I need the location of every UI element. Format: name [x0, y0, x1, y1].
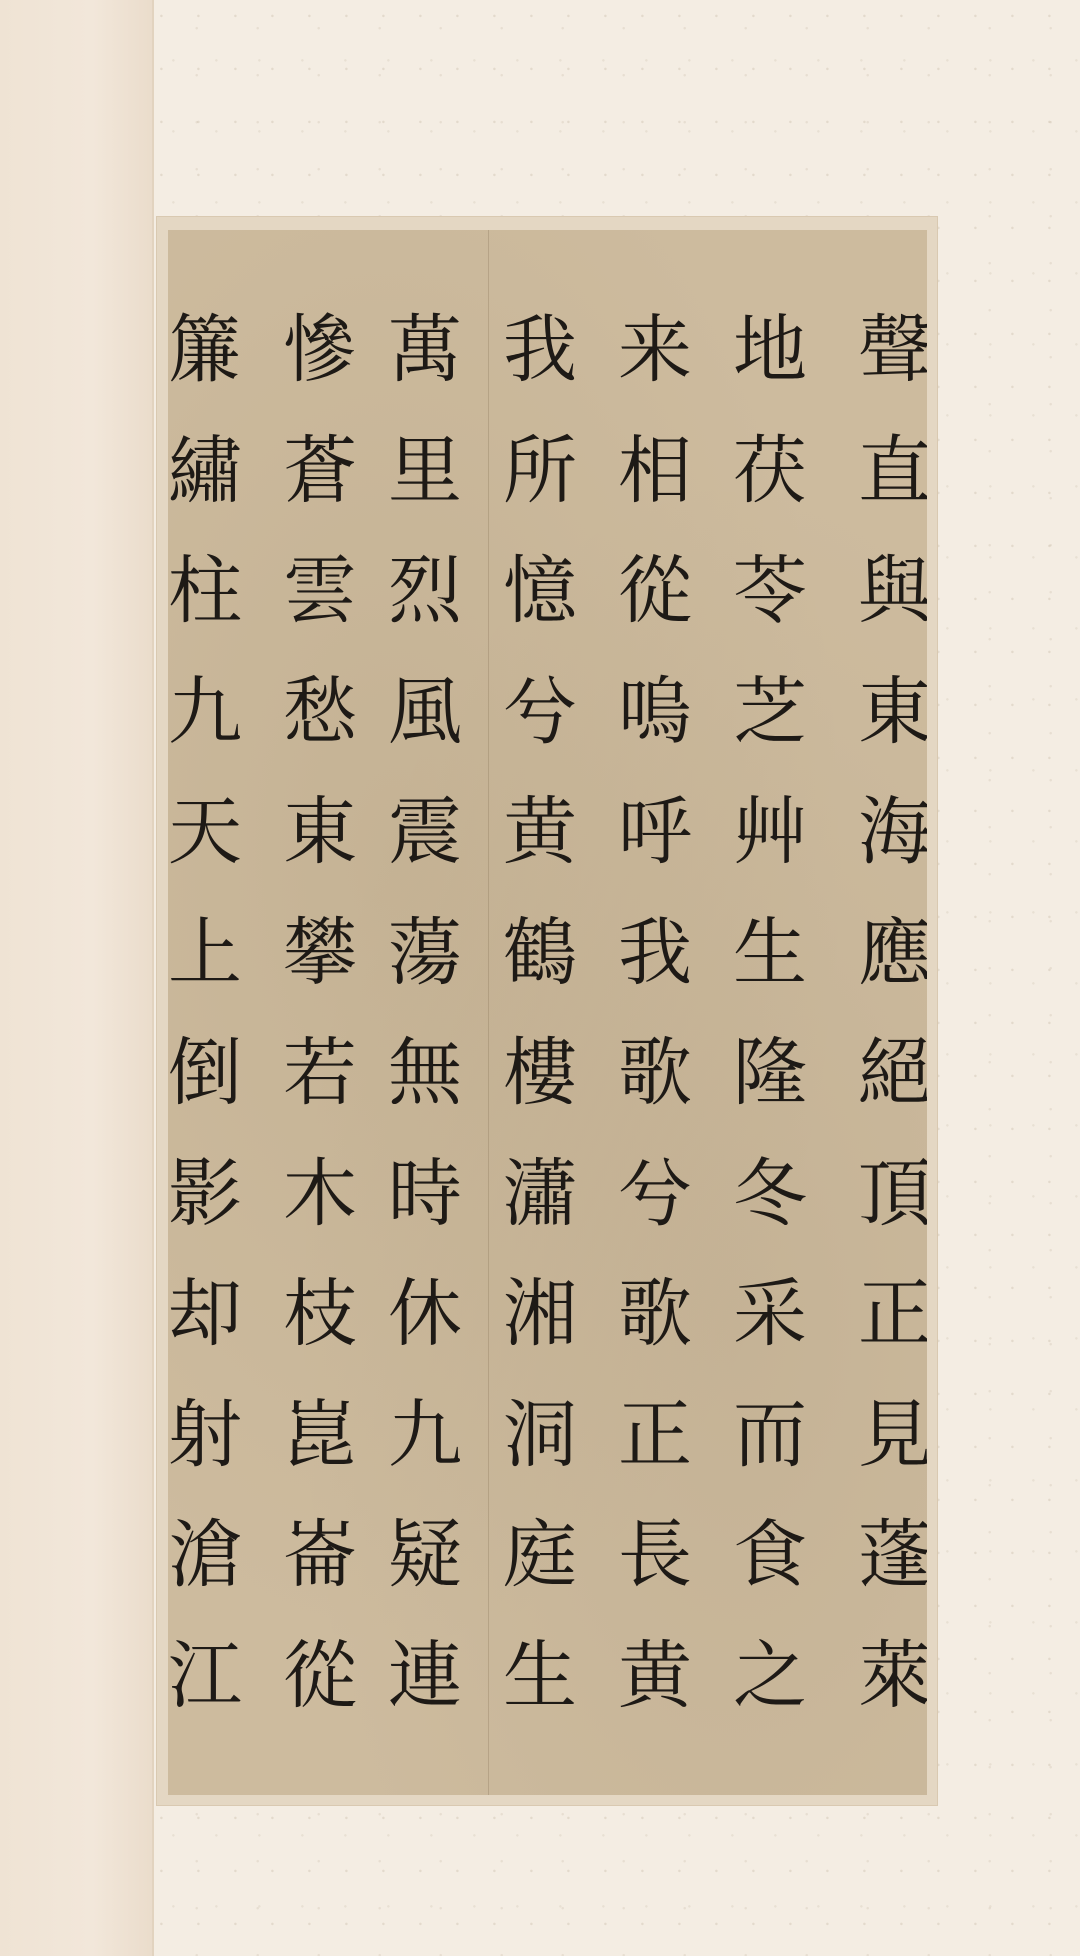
calligraphy-character: 呼: [600, 772, 710, 893]
calligraphy-character: 瀟: [485, 1134, 595, 1255]
calligraphy-character: 上: [168, 893, 260, 1014]
calligraphy-character: 茯: [715, 411, 825, 532]
calligraphy-character: 無: [370, 1013, 480, 1134]
calligraphy-character: 兮: [600, 1134, 710, 1255]
calligraphy-character: 蕩: [370, 893, 480, 1014]
calligraphy-character: 從: [600, 531, 710, 652]
calligraphy-character: 兮: [485, 652, 595, 773]
calligraphy-character: 里: [370, 411, 480, 532]
calligraphy-character: 與: [840, 531, 927, 652]
calligraphy-character: 長: [600, 1495, 710, 1616]
calligraphy-character: 愁: [265, 652, 375, 773]
calligraphy-character: 東: [840, 652, 927, 773]
calligraphy-character: 正: [600, 1375, 710, 1496]
calligraphy-character: 慘: [265, 290, 375, 411]
calligraphy-character: 嗚: [600, 652, 710, 773]
calligraphy-character: 休: [370, 1254, 480, 1375]
calligraphy-character: 海: [840, 772, 927, 893]
calligraphy-character: 震: [370, 772, 480, 893]
calligraphy-character: 黄: [600, 1616, 710, 1737]
calligraphy-character: 聲: [840, 290, 927, 411]
calligraphy-character: 却: [168, 1254, 260, 1375]
calligraphy-character: 蒼: [265, 411, 375, 532]
calligraphy-character: 崑: [265, 1375, 375, 1496]
calligraphy-character: 影: [168, 1134, 260, 1255]
calligraphy-character: 庭: [485, 1495, 595, 1616]
calligraphy-column: 萬里烈風震蕩無時休九疑連: [370, 290, 480, 1736]
calligraphy-character: 九: [370, 1375, 480, 1496]
calligraphy-character: 烈: [370, 531, 480, 652]
calligraphy-paper: 聲直與東海應絕頂正見蓬萊地茯苓芝艸生隆冬采而食之来相從嗚呼我歌兮歌正長黄我所憶兮…: [168, 230, 927, 1795]
calligraphy-character: 歌: [600, 1013, 710, 1134]
calligraphy-character: 我: [600, 893, 710, 1014]
calligraphy-character: 鶴: [485, 893, 595, 1014]
calligraphy-character: 采: [715, 1254, 825, 1375]
calligraphy-character: 倒: [168, 1013, 260, 1134]
calligraphy-character: 從: [265, 1616, 375, 1737]
calligraphy-character: 射: [168, 1375, 260, 1496]
calligraphy-character: 艸: [715, 772, 825, 893]
calligraphy-character: 苓: [715, 531, 825, 652]
calligraphy-character: 直: [840, 411, 927, 532]
calligraphy-character: 攀: [265, 893, 375, 1014]
calligraphy-character: 相: [600, 411, 710, 532]
calligraphy-character: 正: [840, 1254, 927, 1375]
calligraphy-column: 我所憶兮黄鶴樓瀟湘洞庭生: [485, 290, 595, 1736]
calligraphy-character: 而: [715, 1375, 825, 1496]
calligraphy-character: 食: [715, 1495, 825, 1616]
calligraphy-character: 頂: [840, 1134, 927, 1255]
calligraphy-character: 東: [265, 772, 375, 893]
calligraphy-character: 繡: [168, 411, 260, 532]
calligraphy-character: 之: [715, 1616, 825, 1737]
calligraphy-character: 崙: [265, 1495, 375, 1616]
calligraphy-character: 隆: [715, 1013, 825, 1134]
calligraphy-character: 歌: [600, 1254, 710, 1375]
calligraphy-character: 生: [485, 1616, 595, 1737]
calligraphy-character: 我: [485, 290, 595, 411]
calligraphy-character: 滄: [168, 1495, 260, 1616]
calligraphy-character: 所: [485, 411, 595, 532]
calligraphy-character: 生: [715, 893, 825, 1014]
calligraphy-character: 湘: [485, 1254, 595, 1375]
calligraphy-character: 憶: [485, 531, 595, 652]
calligraphy-column: 地茯苓芝艸生隆冬采而食之: [715, 290, 825, 1736]
calligraphy-character: 地: [715, 290, 825, 411]
calligraphy-character: 連: [370, 1616, 480, 1737]
calligraphy-character: 雲: [265, 531, 375, 652]
calligraphy-character: 柱: [168, 531, 260, 652]
calligraphy-character: 時: [370, 1134, 480, 1255]
calligraphy-character: 江: [168, 1616, 260, 1737]
calligraphy-character: 天: [168, 772, 260, 893]
calligraphy-character: 冬: [715, 1134, 825, 1255]
mount-left-strip: [0, 0, 154, 1956]
calligraphy-character: 枝: [265, 1254, 375, 1375]
calligraphy-character: 若: [265, 1013, 375, 1134]
calligraphy-character: 簾: [168, 290, 260, 411]
calligraphy-frame: 聲直與東海應絕頂正見蓬萊地茯苓芝艸生隆冬采而食之来相從嗚呼我歌兮歌正長黄我所憶兮…: [157, 217, 937, 1805]
calligraphy-column: 聲直與東海應絕頂正見蓬萊: [840, 290, 927, 1736]
calligraphy-character: 見: [840, 1375, 927, 1496]
calligraphy-column: 慘蒼雲愁東攀若木枝崑崙從: [265, 290, 375, 1736]
calligraphy-character: 来: [600, 290, 710, 411]
calligraphy-character: 黄: [485, 772, 595, 893]
calligraphy-character: 絕: [840, 1013, 927, 1134]
calligraphy-character: 萬: [370, 290, 480, 411]
calligraphy-character: 蓬: [840, 1495, 927, 1616]
calligraphy-character: 風: [370, 652, 480, 773]
calligraphy-character: 木: [265, 1134, 375, 1255]
calligraphy-character: 萊: [840, 1616, 927, 1737]
calligraphy-column: 来相從嗚呼我歌兮歌正長黄: [600, 290, 710, 1736]
calligraphy-character: 樓: [485, 1013, 595, 1134]
calligraphy-character: 應: [840, 893, 927, 1014]
calligraphy-character: 九: [168, 652, 260, 773]
calligraphy-column: 簾繡柱九天上倒影却射滄江: [168, 290, 260, 1736]
calligraphy-character: 疑: [370, 1495, 480, 1616]
calligraphy-character: 洞: [485, 1375, 595, 1496]
calligraphy-character: 芝: [715, 652, 825, 773]
